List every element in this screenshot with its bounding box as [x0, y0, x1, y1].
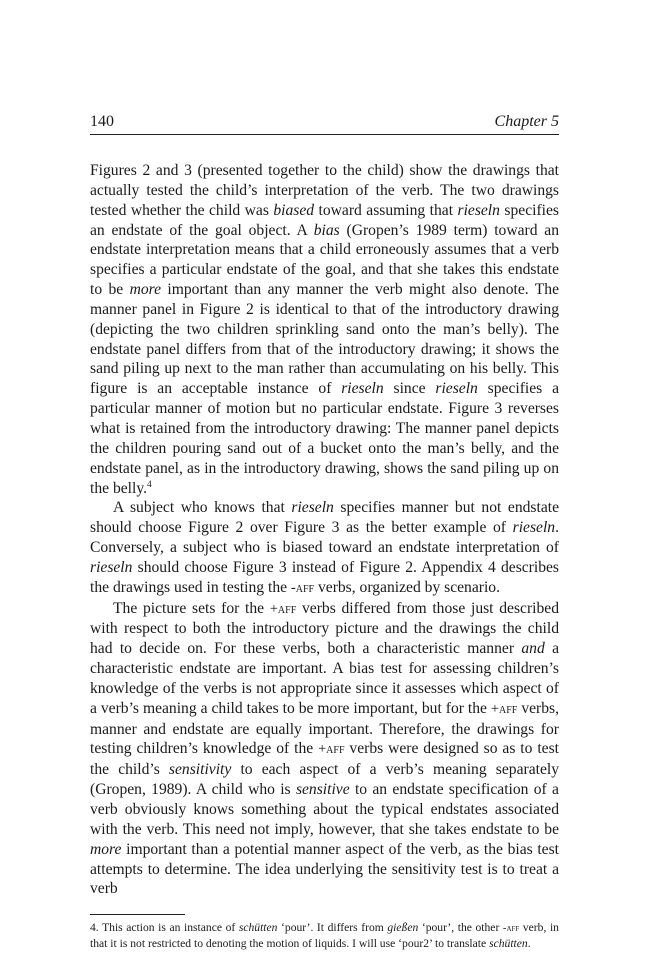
paragraph: The picture sets for the +aff verbs diff… — [90, 599, 559, 900]
small-caps-term: -aff — [291, 580, 314, 596]
italic-term: schütten — [489, 937, 528, 950]
italic-term: sensitive — [296, 781, 350, 798]
footnote-separator — [90, 914, 185, 915]
small-caps-term: +aff — [491, 701, 517, 717]
page-number: 140 — [90, 112, 114, 132]
small-caps-term: -aff — [503, 922, 519, 934]
chapter-title: Chapter 5 — [495, 112, 559, 132]
italic-term: bias — [314, 222, 340, 239]
italic-term: rieseln — [435, 380, 477, 397]
italic-term: rieseln — [291, 499, 333, 516]
small-caps-term: +aff — [270, 601, 296, 617]
body-text: Figures 2 and 3 (presented together to t… — [90, 161, 559, 899]
paragraph: A subject who knows that rieseln specifi… — [90, 498, 559, 598]
footnote: 4. This action is an instance of schütte… — [90, 920, 559, 951]
italic-term: more — [90, 841, 121, 858]
italic-term: rieseln — [513, 519, 555, 536]
italic-term: biased — [273, 202, 314, 219]
italic-term: and — [521, 640, 544, 657]
italic-term: gießen — [387, 921, 418, 934]
footnotes: 4. This action is an instance of schütte… — [90, 920, 559, 951]
paragraph: Figures 2 and 3 (presented together to t… — [90, 161, 559, 498]
footnote-marker: 4 — [147, 479, 152, 489]
italic-term: schütten — [239, 921, 278, 934]
italic-term: rieseln — [90, 559, 132, 576]
italic-term: rieseln — [458, 202, 500, 219]
running-head: 140 Chapter 5 — [90, 110, 559, 135]
italic-term: sensitivity — [169, 761, 231, 778]
italic-term: rieseln — [341, 380, 383, 397]
italic-term: more — [130, 281, 161, 298]
small-caps-term: +aff — [318, 741, 344, 757]
book-page: 140 Chapter 5 Figures 2 and 3 (presented… — [90, 110, 559, 951]
